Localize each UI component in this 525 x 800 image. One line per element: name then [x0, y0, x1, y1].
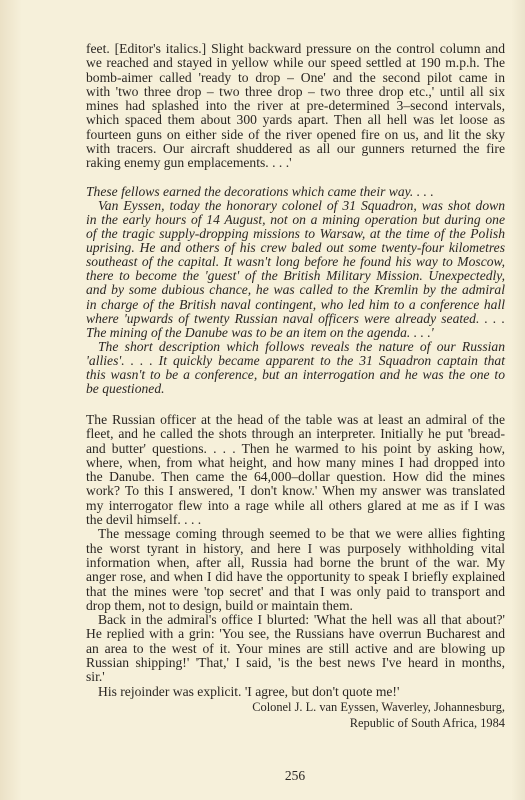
text-line: sir.' [86, 670, 505, 684]
text-line: The message coming through seemed to be … [86, 527, 505, 541]
text-line: be questioned. [86, 382, 505, 396]
text-line: His rejoinder was explicit. 'I agree, bu… [86, 685, 505, 699]
text-line: fourteen guns on either side of the rive… [86, 128, 505, 142]
text-line: that the mines were 'top secret' and tha… [86, 585, 505, 599]
text-line: Back in the admiral's office I blurted: … [86, 613, 505, 627]
first-person-account: The Russian officer at the head of the t… [86, 413, 505, 699]
signature-location-line: Republic of South Africa, 1984 [252, 716, 505, 732]
text-line: and by some dubious chance, he was calle… [86, 283, 505, 297]
text-line: Van Eyssen, today the honorary colonel o… [86, 199, 505, 213]
text-line: of the tragic supply-dropping missions t… [86, 227, 505, 241]
text-line: there to become the 'guest' of the Briti… [86, 269, 505, 283]
quote-continuation: feet. [Editor's italics.] Slight backwar… [86, 42, 505, 171]
text-line: where, when, from what height, and how m… [86, 456, 505, 470]
text-line: These fellows earned the decorations whi… [86, 185, 505, 199]
text-line: the worst tyrant in history, and here I … [86, 542, 505, 556]
text-line: the Danube. Then came the 64,000–dollar … [86, 470, 505, 484]
text-line: uprising. He and others of his crew bale… [86, 241, 505, 255]
text-line: raking enemy gun emplacements. . . .' [86, 156, 505, 170]
text-line: The short description which follows reve… [86, 340, 505, 354]
text-line: which spaced them about 300 yards apart.… [86, 113, 505, 127]
text-line: my interrogator flew into a rage while a… [86, 499, 505, 513]
text-line: The mining of the Danube was to be an it… [86, 326, 505, 340]
text-line: mines had splashed into the river at pre… [86, 99, 505, 113]
text-line: where 'upwards of twenty Russian naval o… [86, 312, 505, 326]
page-number: 256 [280, 768, 310, 784]
text-line: bomb-aimer called 'ready to drop – One' … [86, 71, 505, 85]
text-line: and butter' questions. . . . Then he war… [86, 442, 505, 456]
text-line: southeast of the capital. It wasn't long… [86, 255, 505, 269]
text-line: in charge of the British naval contingen… [86, 298, 505, 312]
text-line: He replied with a grin: 'You see, the Ru… [86, 627, 505, 641]
text-line: 'allies'. . . . It quickly became appare… [86, 354, 505, 368]
text-line: work? To this I answered, 'I don't know.… [86, 484, 505, 498]
text-line: with tracers. Our aircraft shuddered as … [86, 142, 505, 156]
signature: Colonel J. L. van Eyssen, Waverley, Joha… [252, 700, 505, 731]
text-line: the devil himself. . . . [86, 513, 505, 527]
text-line: with 'two three drop – two three drop – … [86, 85, 505, 99]
text-line: in the early hours of 14 August, not on … [86, 213, 505, 227]
text-line: an area to the west of it. Your mines ar… [86, 642, 505, 656]
text-line: this wasn't to be a conference, but an i… [86, 368, 505, 382]
text-line: we reached and stayed in yellow while ou… [86, 56, 505, 70]
text-line: The Russian officer at the head of the t… [86, 413, 505, 427]
text-line: fleet, and he called the shots through a… [86, 427, 505, 441]
text-line: anger rose, and when I did have the oppo… [86, 570, 505, 584]
text-line: Russian shipping!' 'That,' I said, 'is t… [86, 656, 505, 670]
text-line: information when, after all, Russia had … [86, 556, 505, 570]
text-line: feet. [Editor's italics.] Slight backwar… [86, 42, 505, 56]
text-line: drop them, not to design, build or maint… [86, 599, 505, 613]
signature-name-line: Colonel J. L. van Eyssen, Waverley, Joha… [252, 700, 505, 716]
editorial-commentary: These fellows earned the decorations whi… [86, 185, 505, 396]
